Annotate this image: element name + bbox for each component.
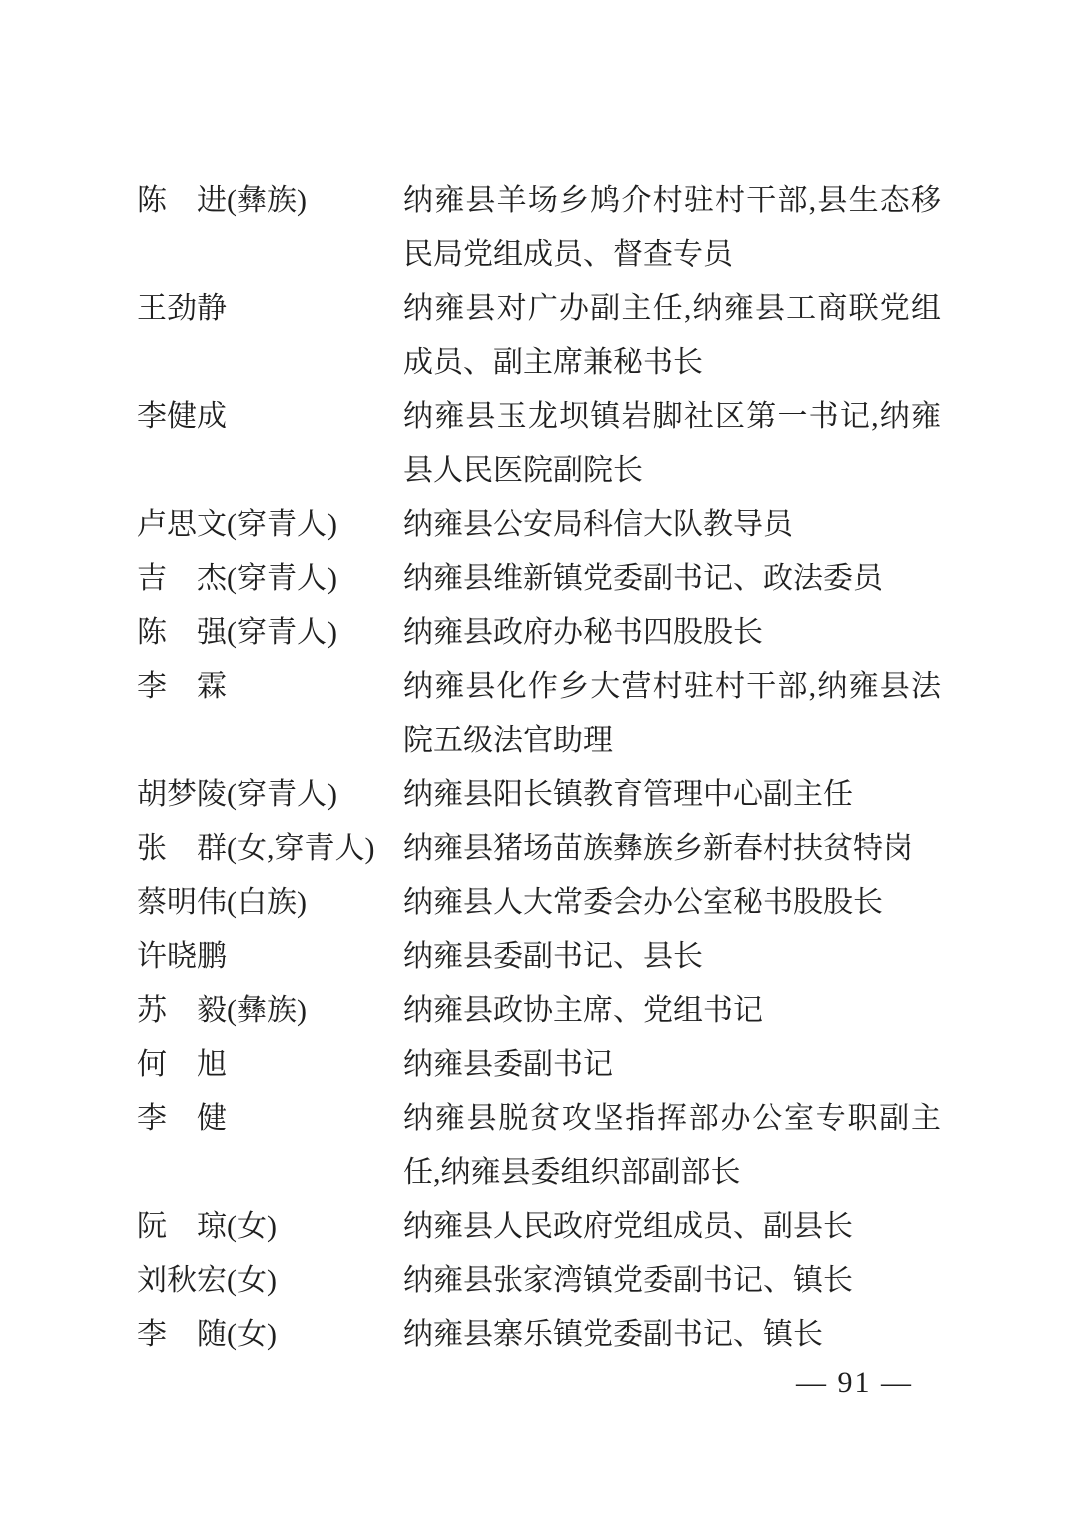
roster-row: 王劲静 纳雍县对广办副主任,纳雍县工商联党组成员、副主席兼秘书长	[137, 282, 941, 390]
person-position: 纳雍县寨乐镇党委副书记、镇长	[403, 1308, 941, 1362]
person-position: 纳雍县玉龙坝镇岩脚社区第一书记,纳雍县人民医院副院长	[403, 390, 941, 498]
person-position: 纳雍县人大常委会办公室秘书股股长	[403, 876, 941, 930]
roster-row: 李 随(女) 纳雍县寨乐镇党委副书记、镇长	[137, 1308, 941, 1362]
person-name: 苏 毅(彝族)	[137, 984, 403, 1038]
person-name: 阮 琼(女)	[137, 1200, 403, 1254]
person-position: 纳雍县委副书记	[403, 1038, 941, 1092]
roster-row: 李 霖 纳雍县化作乡大营村驻村干部,纳雍县法院五级法官助理	[137, 660, 941, 768]
person-name: 刘秋宏(女)	[137, 1254, 403, 1308]
person-position: 纳雍县委副书记、县长	[403, 930, 941, 984]
person-name: 李 随(女)	[137, 1308, 403, 1362]
person-name: 李 霖	[137, 660, 403, 714]
page-number: — 91 —	[796, 1356, 913, 1410]
roster-row: 李 健 纳雍县脱贫攻坚指挥部办公室专职副主任,纳雍县委组织部副部长	[137, 1092, 941, 1200]
person-name: 许晓鹏	[137, 930, 403, 984]
person-position: 纳雍县维新镇党委副书记、政法委员	[403, 552, 941, 606]
person-position: 纳雍县化作乡大营村驻村干部,纳雍县法院五级法官助理	[403, 660, 941, 768]
roster-row: 张 群(女,穿青人) 纳雍县猪场苗族彝族乡新春村扶贫特岗	[137, 822, 941, 876]
person-name: 胡梦陵(穿青人)	[137, 768, 403, 822]
person-position: 纳雍县阳长镇教育管理中心副主任	[403, 768, 941, 822]
person-name: 何 旭	[137, 1038, 403, 1092]
roster-row: 苏 毅(彝族) 纳雍县政协主席、党组书记	[137, 984, 941, 1038]
roster-row: 陈 进(彝族) 纳雍县羊场乡鸠介村驻村干部,县生态移民局党组成员、督查专员	[137, 174, 941, 282]
person-name: 王劲静	[137, 282, 403, 336]
person-name: 陈 进(彝族)	[137, 174, 403, 228]
roster-row: 蔡明伟(白族) 纳雍县人大常委会办公室秘书股股长	[137, 876, 941, 930]
person-position: 纳雍县政协主席、党组书记	[403, 984, 941, 1038]
person-position: 纳雍县政府办秘书四股股长	[403, 606, 941, 660]
person-position: 纳雍县猪场苗族彝族乡新春村扶贫特岗	[403, 822, 941, 876]
person-name: 张 群(女,穿青人)	[137, 822, 403, 876]
roster-row: 刘秋宏(女) 纳雍县张家湾镇党委副书记、镇长	[137, 1254, 941, 1308]
person-name: 李 健	[137, 1092, 403, 1146]
person-position: 纳雍县羊场乡鸠介村驻村干部,县生态移民局党组成员、督查专员	[403, 174, 941, 282]
roster-row: 阮 琼(女) 纳雍县人民政府党组成员、副县长	[137, 1200, 941, 1254]
person-position: 纳雍县对广办副主任,纳雍县工商联党组成员、副主席兼秘书长	[403, 282, 941, 390]
person-name: 李健成	[137, 390, 403, 444]
roster-row: 何 旭 纳雍县委副书记	[137, 1038, 941, 1092]
roster-row: 许晓鹏 纳雍县委副书记、县长	[137, 930, 941, 984]
roster-row: 卢思文(穿青人) 纳雍县公安局科信大队教导员	[137, 498, 941, 552]
roster-row: 胡梦陵(穿青人) 纳雍县阳长镇教育管理中心副主任	[137, 768, 941, 822]
person-name: 卢思文(穿青人)	[137, 498, 403, 552]
person-name: 吉 杰(穿青人)	[137, 552, 403, 606]
document-page: 陈 进(彝族) 纳雍县羊场乡鸠介村驻村干部,县生态移民局党组成员、督查专员 王劲…	[0, 0, 1080, 1527]
person-name: 陈 强(穿青人)	[137, 606, 403, 660]
person-position: 纳雍县张家湾镇党委副书记、镇长	[403, 1254, 941, 1308]
roster-row: 李健成 纳雍县玉龙坝镇岩脚社区第一书记,纳雍县人民医院副院长	[137, 390, 941, 498]
person-position: 纳雍县公安局科信大队教导员	[403, 498, 941, 552]
person-name: 蔡明伟(白族)	[137, 876, 403, 930]
roster-row: 吉 杰(穿青人) 纳雍县维新镇党委副书记、政法委员	[137, 552, 941, 606]
roster-row: 陈 强(穿青人) 纳雍县政府办秘书四股股长	[137, 606, 941, 660]
person-position: 纳雍县脱贫攻坚指挥部办公室专职副主任,纳雍县委组织部副部长	[403, 1092, 941, 1200]
person-position: 纳雍县人民政府党组成员、副县长	[403, 1200, 941, 1254]
roster: 陈 进(彝族) 纳雍县羊场乡鸠介村驻村干部,县生态移民局党组成员、督查专员 王劲…	[137, 174, 941, 1362]
